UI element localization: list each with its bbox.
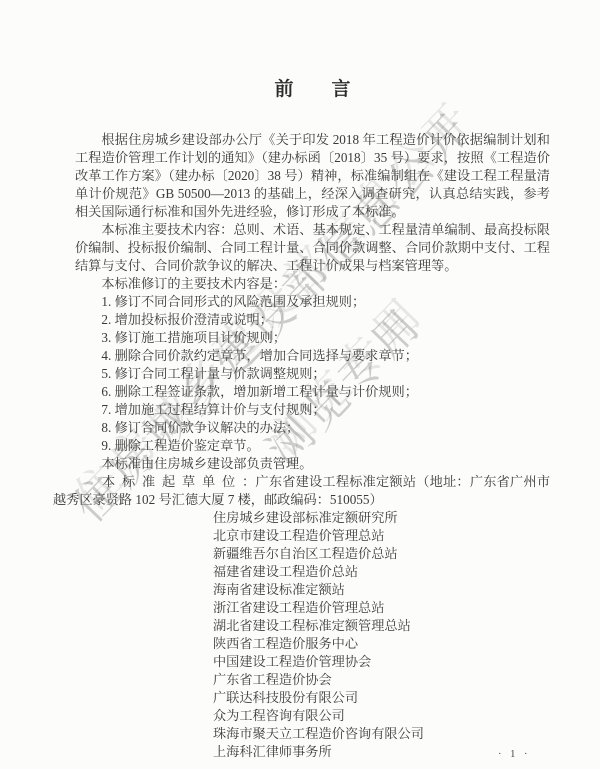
revision-item: 3. 修订施工措施项目计价规则； [75,329,550,347]
revision-item: 5. 修订合同工程计量与价款调整规则； [75,365,550,383]
organization-line: 中国建设工程造价管理协会 [213,653,550,671]
page-content: 前 言 根据住房城乡建设部办公厅《关于印发 2018 年工程造价计价依据编制计划… [75,0,550,761]
organization-line: 北京市建设工程造价管理总站 [213,527,550,545]
organization-line: 浙江省建设工程造价管理总站 [213,599,550,617]
organization-line: 新疆维吾尔自治区工程造价总站 [213,545,550,563]
paragraph-drafting-unit: 本标准起草单位：广东省建设工程标准定额站（地址：广东省广州市越秀区豪贤路 102… [53,473,550,509]
organization-line: 广联达科技股份有限公司 [213,689,550,707]
drafting-unit-label: 本标准起草单位 [102,474,242,489]
preface-body: 根据住房城乡建设部办公厅《关于印发 2018 年工程造价计价依据编制计划和工程造… [75,131,550,761]
revision-item: 1. 修订不同合同形式的风险范围及承担规则； [75,293,550,311]
organization-line: 福建省建设工程造价总站 [213,563,550,581]
organization-line: 珠海市聚天立工程造价咨询有限公司 [213,725,550,743]
paragraph-basis: 根据住房城乡建设部办公厅《关于印发 2018 年工程造价计价依据编制计划和工程造… [75,131,550,221]
organization-line: 众为工程咨询有限公司 [213,707,550,725]
paragraph-contents: 本标准主要技术内容：总则、术语、基本规定、工程量清单编制、最高投标限价编制、投标… [75,221,550,275]
organization-line: 广东省工程造价协会 [213,671,550,689]
preface-title: 前 言 [75,0,550,102]
revision-item: 2. 增加投标报价澄清或说明； [75,311,550,329]
organization-line: 住房城乡建设部标准定额研究所 [213,509,550,527]
organization-line: 陕西省工程造价服务中心 [213,635,550,653]
page-number: · 1 · [498,749,531,760]
drafting-organizations-list: 住房城乡建设部标准定额研究所 北京市建设工程造价管理总站 新疆维吾尔自治区工程造… [213,509,550,761]
paragraph-revision-intro: 本标准修订的主要技术内容是： [75,275,550,293]
document-page: 住房城乡建设部信息公开 浏览专用 前 言 根据住房城乡建设部办公厅《关于印发 2… [0,0,600,769]
paragraph-management: 本标准由住房城乡建设部负责管理。 [75,455,550,473]
organization-line: 海南省建设标准定额站 [213,581,550,599]
revision-item: 4. 删除合同价款约定章节，增加合同选择与要求章节； [75,347,550,365]
revision-item: 7. 增加施工过程结算计价与支付规则； [75,401,550,419]
revision-item: 6. 删除工程签证条款，增加新增工程计量与计价规则； [75,383,550,401]
organization-line: 湖北省建设工程标准定额管理总站 [213,617,550,635]
revision-item: 9. 删除工程造价鉴定章节。 [75,437,550,455]
revision-item: 8. 修订合同价款争议解决的办法； [75,419,550,437]
